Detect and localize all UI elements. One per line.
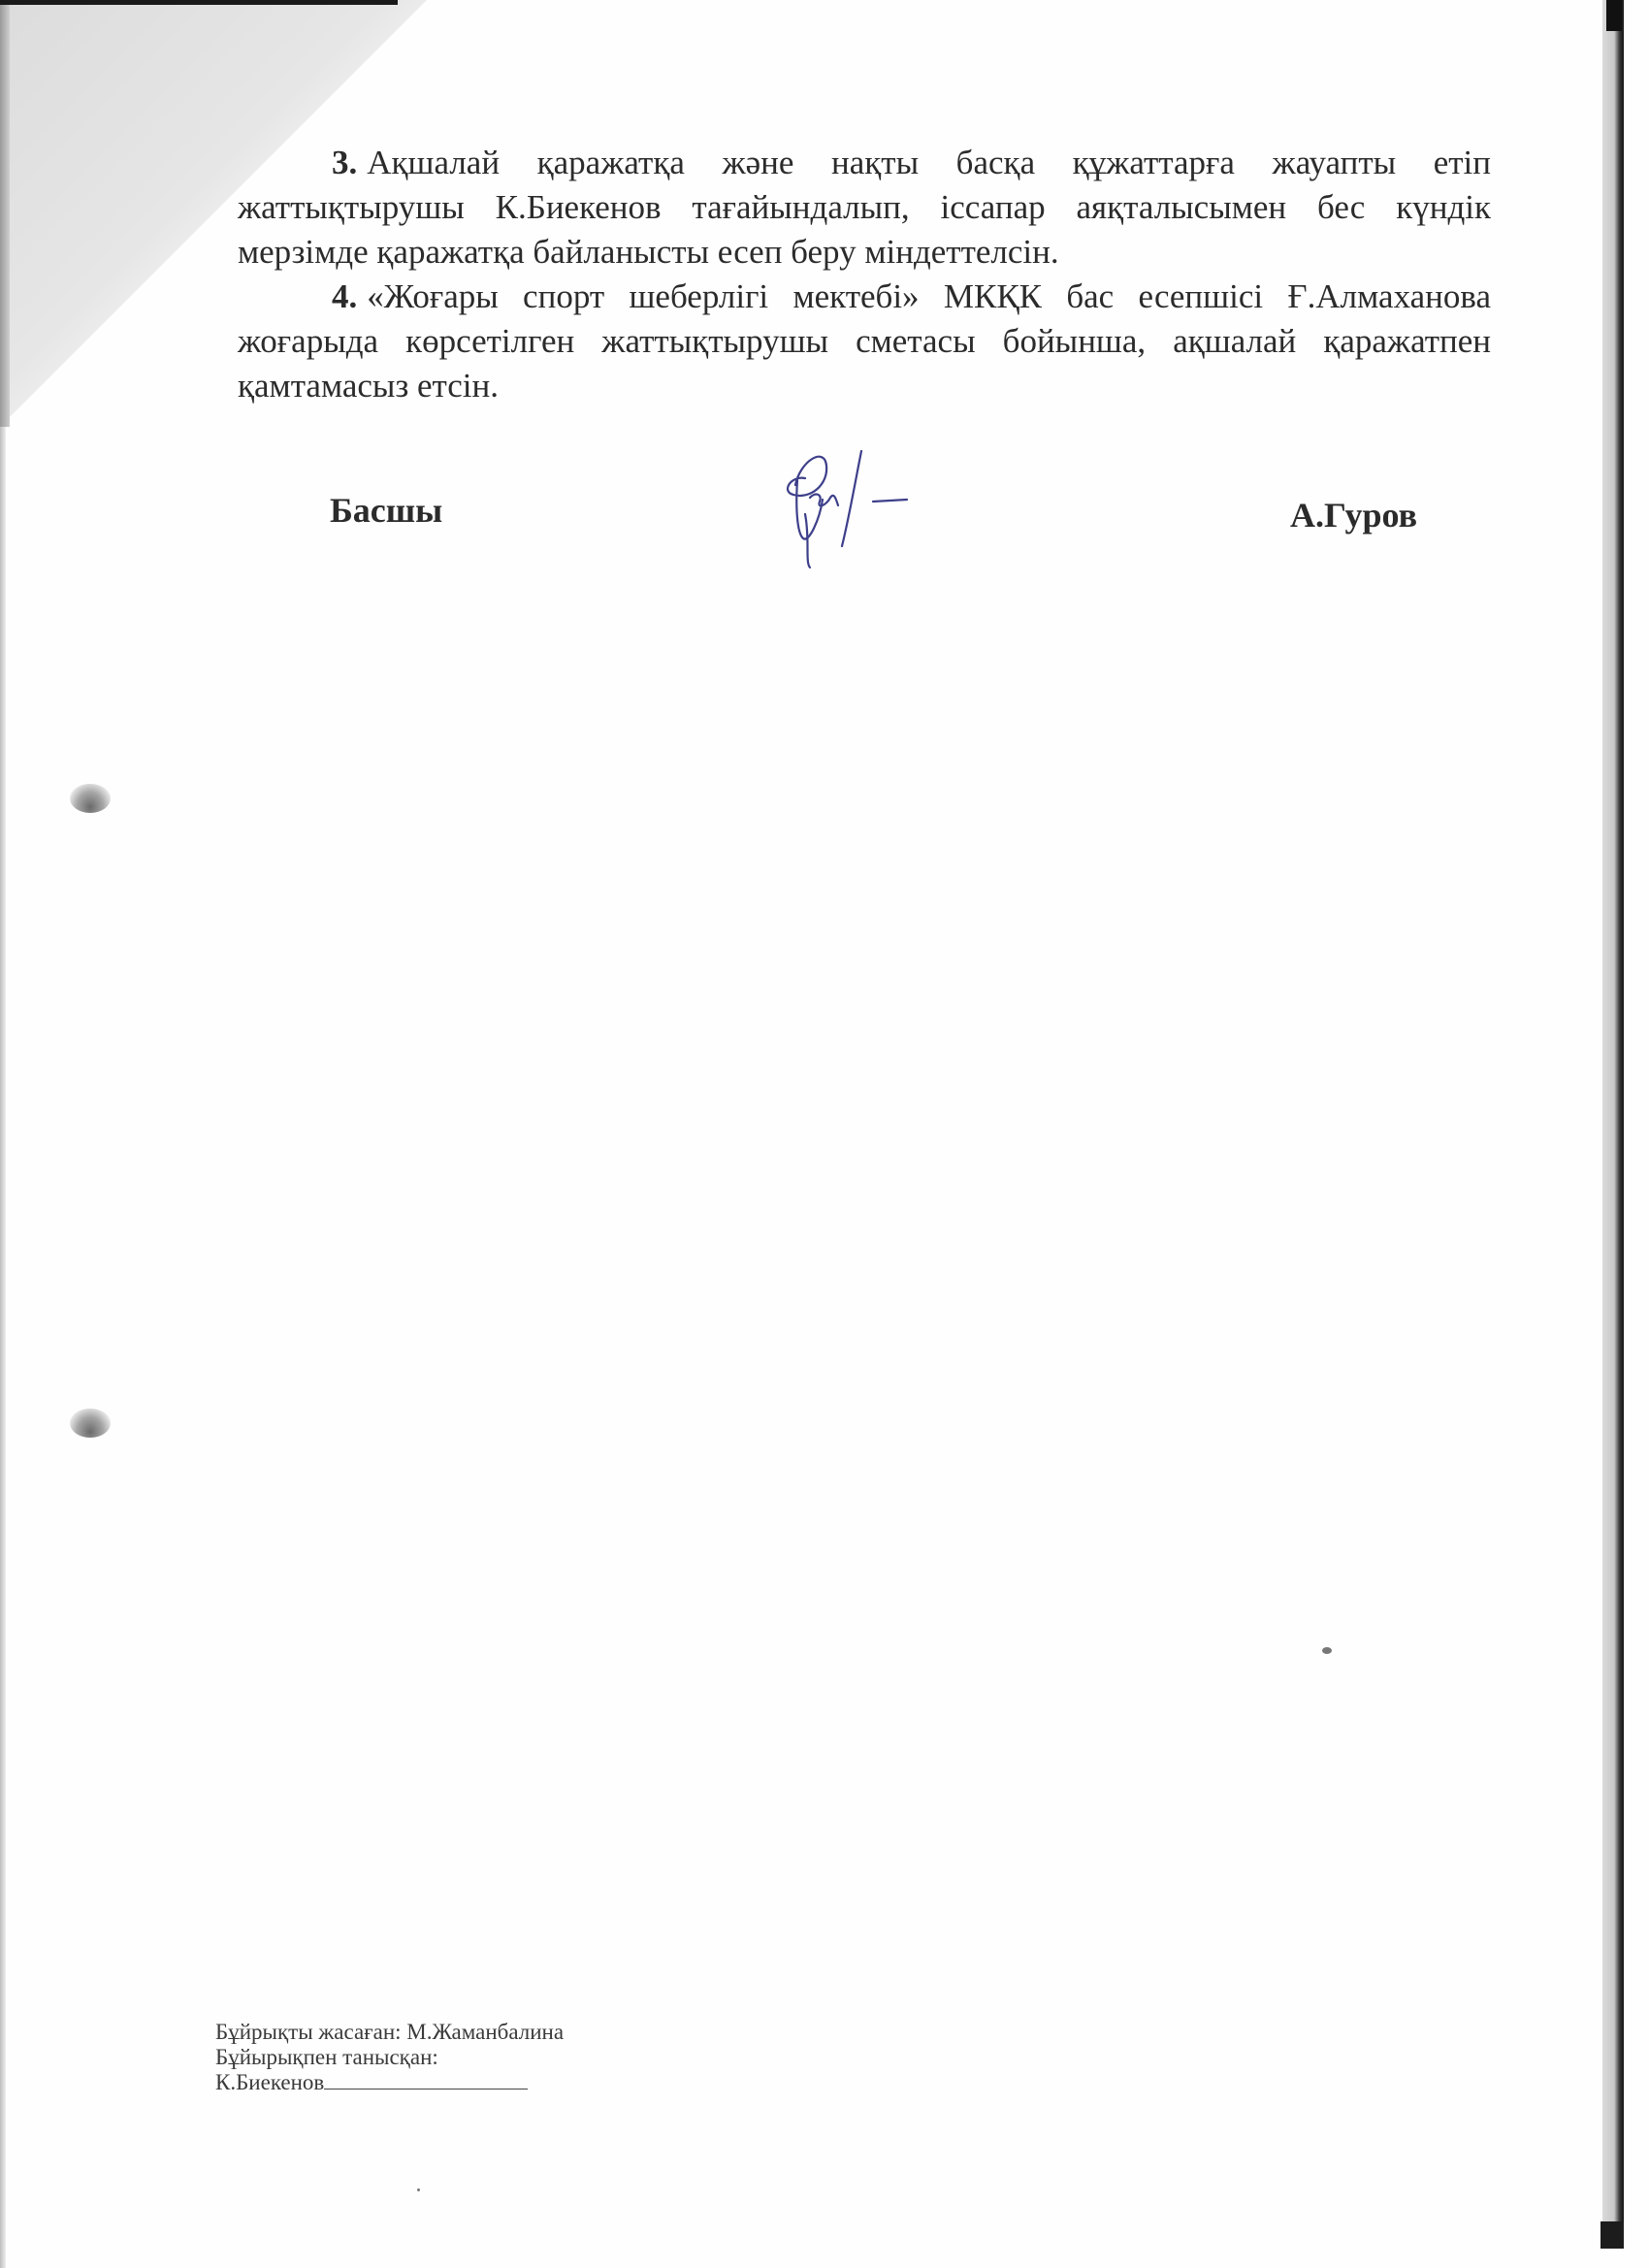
- signatory-title: Басшы: [330, 490, 442, 531]
- scan-right-edge-top: [1606, 0, 1622, 31]
- ink-speck: [1322, 1647, 1332, 1654]
- document-footer: Бұйрықты жасаған: М.Жаманбалина Бұйырықп…: [215, 2020, 564, 2095]
- scan-left-edge: [0, 427, 6, 2268]
- ink-dot: [417, 2188, 420, 2191]
- scan-right-edge-bottom: [1600, 2221, 1624, 2249]
- signature-block: Басшы А.Гуров: [0, 490, 1649, 567]
- paragraph-3: 3.Ақшалай қаражатқа және нақты басқа құж…: [238, 141, 1491, 275]
- acknowledged-line: К.Биекенов: [215, 2070, 564, 2095]
- acknowledged-name: К.Биекенов: [215, 2070, 324, 2094]
- handwritten-signature-icon: [766, 441, 960, 577]
- prepared-by: Бұйрықты жасаған: М.Жаманбалина: [215, 2020, 564, 2045]
- acknowledged-label: Бұйырықпен танысқан:: [215, 2045, 564, 2070]
- scan-edge-shadow: [0, 0, 10, 427]
- scan-top-border: [0, 0, 398, 5]
- document-body: 3.Ақшалай қаражатқа және нақты басқа құж…: [238, 141, 1491, 408]
- paragraph-text: Ақшалай қаражатқа және нақты басқа құжат…: [238, 144, 1491, 271]
- punch-hole-icon: [70, 1409, 111, 1438]
- paragraph-number: 4.: [332, 277, 357, 315]
- scan-right-edge: [1602, 0, 1624, 2249]
- paragraph-number: 3.: [332, 144, 357, 181]
- paragraph-text: «Жоғары спорт шеберлігі мектебі» МКҚК ба…: [238, 277, 1491, 405]
- signature-blank-line: [324, 2071, 528, 2090]
- signatory-name: А.Гуров: [1290, 495, 1417, 535]
- paragraph-4: 4.«Жоғары спорт шеберлігі мектебі» МКҚК …: [238, 275, 1491, 408]
- punch-hole-icon: [70, 784, 111, 813]
